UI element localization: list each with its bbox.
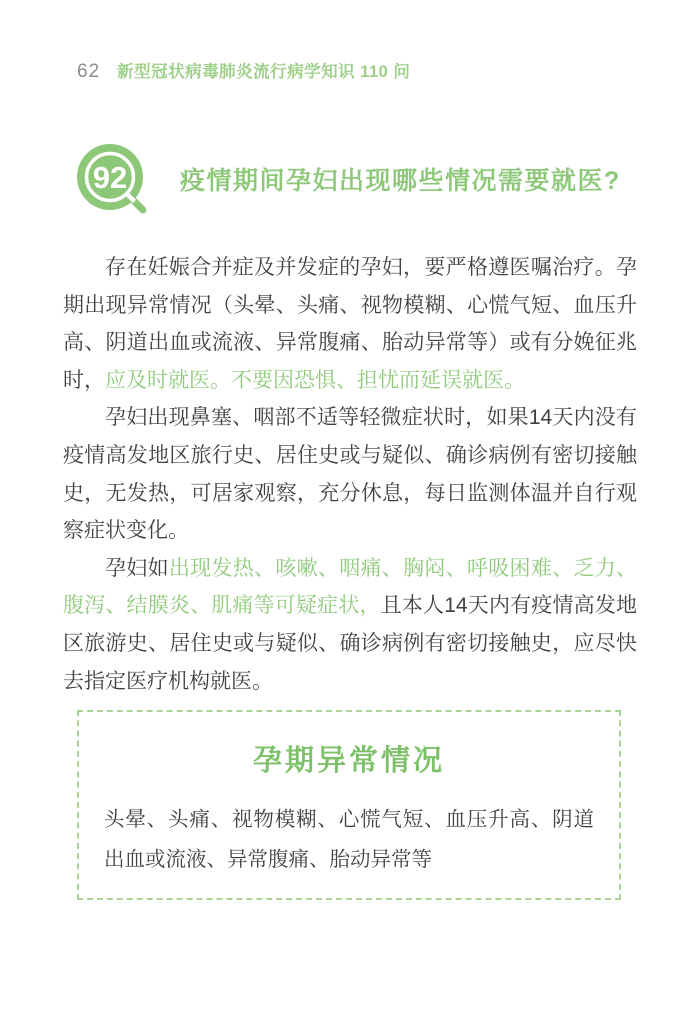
paragraph-3-text-a: 孕妇如 (105, 557, 169, 580)
paragraph-2-text: 孕妇出现鼻塞、咽部不适等轻微症状时，如果14天内没有疫情高发地区旅行史、居住史或… (63, 406, 637, 542)
running-header: 62 新型冠状病毒肺炎流行病学知识 110 问 (77, 58, 637, 83)
answer-text: 存在妊娠合并症及并发症的孕妇，要严格遵医嘱治疗。孕期出现异常情况（头晕、头痛、视… (63, 249, 637, 700)
callout-box-body: 头晕、头痛、视物模糊、心慌气短、血压升高、阴道出血或流液、异常腹痛、胎动异常等 (104, 800, 594, 880)
book-page: 62 新型冠状病毒肺炎流行病学知识 110 问 92 疫情期间孕妇出现哪些情况需… (0, 0, 700, 1013)
question-number: 92 (93, 160, 127, 195)
paragraph-1: 存在妊娠合并症及并发症的孕妇，要严格遵医嘱治疗。孕期出现异常情况（头晕、头痛、视… (63, 249, 637, 399)
magnifier-badge-icon: 92 (74, 141, 158, 225)
paragraph-1-highlight: 应及时就医。不要因恐惧、担忧而延误就医。 (105, 369, 525, 392)
page-number: 62 (77, 61, 100, 83)
question-heading: 92 疫情期间孕妇出现哪些情况需要就医? (74, 141, 637, 225)
book-title: 新型冠状病毒肺炎流行病学知识 110 问 (117, 58, 410, 82)
paragraph-2: 孕妇出现鼻塞、咽部不适等轻微症状时，如果14天内没有疫情高发地区旅行史、居住史或… (63, 399, 637, 549)
paragraph-3: 孕妇如出现发热、咳嗽、咽痛、胸闷、呼吸困难、乏力、腹泻、结膜炎、肌痛等可疑症状，… (63, 550, 637, 700)
callout-box: 孕期异常情况 头晕、头痛、视物模糊、心慌气短、血压升高、阴道出血或流液、异常腹痛… (77, 710, 621, 900)
callout-box-title: 孕期异常情况 (104, 738, 594, 779)
question-title: 疫情期间孕妇出现哪些情况需要就医? (180, 161, 621, 205)
